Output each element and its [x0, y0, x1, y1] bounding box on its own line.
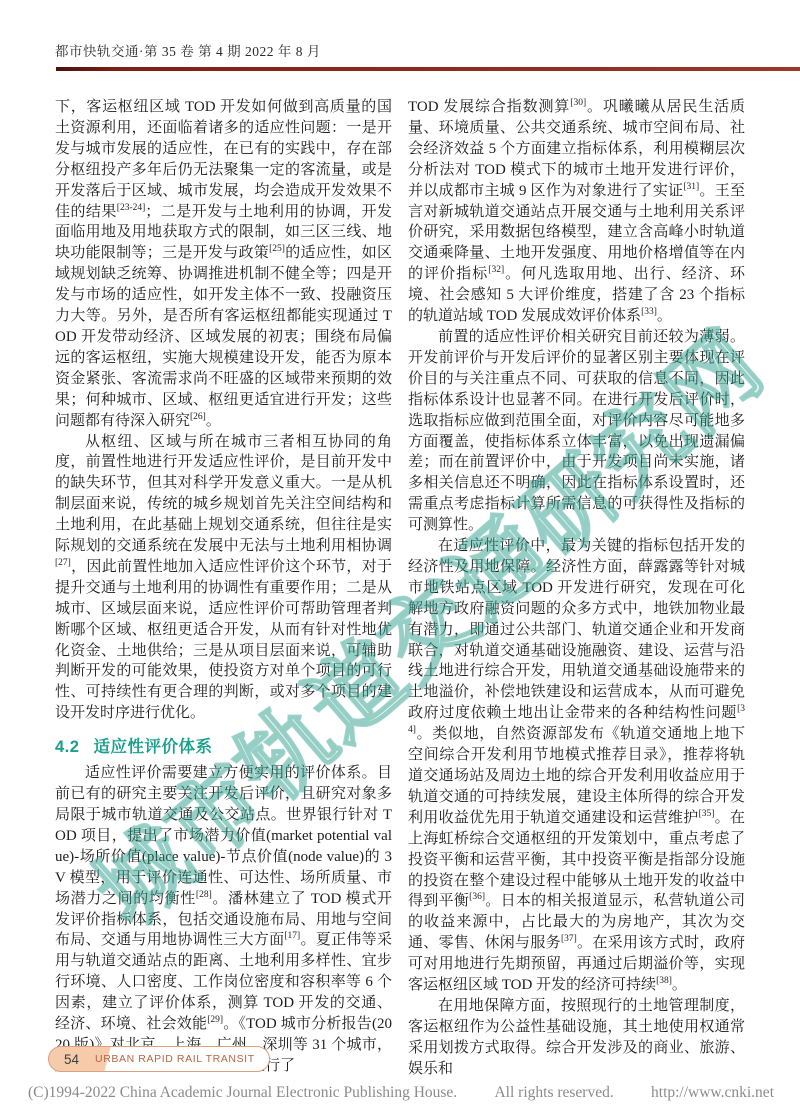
rights-reserved-text: All rights reserved. — [494, 1084, 613, 1102]
page-number: 54 — [49, 1052, 95, 1067]
body-paragraph: 前置的适应性评价相关研究目前还较为薄弱。开发前评价与开发后评价的显著区别主要体现… — [408, 327, 745, 536]
journal-header-line: 都市快轨交通·第 35 卷 第 4 期 2022 年 8 月 — [55, 40, 321, 60]
body-paragraph: 下，客运枢纽区域 TOD 开发如何做到高质量的国土资源利用，还面临着诸多的适应性… — [55, 97, 392, 432]
cnki-url-link[interactable]: http://www.cnki.net — [651, 1084, 774, 1102]
body-paragraph: 在适应性评价中，最为关键的指标包括开发的经济性及用地保障。经济性方面，薛露露等针… — [408, 536, 745, 996]
copyright-bar: (C)1994-2022 China Academic Journal Elec… — [28, 1084, 774, 1102]
body-paragraph: 适应性评价需要建立方便实用的评价体系。目前已有的研究主要关注开发后评价，且研究对… — [55, 763, 392, 1077]
body-paragraph: 在用地保障方面，按照现行的土地管理制度，客运枢纽作为公益性基础设施，其土地使用权… — [408, 996, 745, 1080]
section-heading: 4.2适应性评价体系 — [55, 733, 392, 757]
left-column: 下，客运枢纽区域 TOD 开发如何做到高质量的国土资源利用，还面临着诸多的适应性… — [55, 97, 392, 1080]
body-paragraph: TOD 发展综合指数测算[30]。巩曦曦从居民生活质量、环境质量、公共交通系统、… — [408, 97, 745, 327]
header-rule — [56, 67, 800, 71]
copyright-text: (C)1994-2022 China Academic Journal Elec… — [28, 1084, 457, 1102]
page-number-badge: 54 URBAN RAPID RAIL TRANSIT — [48, 1046, 270, 1072]
article-body: 下，客运枢纽区域 TOD 开发如何做到高质量的国土资源利用，还面临着诸多的适应性… — [55, 97, 745, 1080]
body-paragraph: 从枢纽、区域与所在城市三者相互协同的角度，前置性地进行开发适应性评价，是目前开发… — [55, 432, 392, 725]
journal-name-english: URBAN RAPID RAIL TRANSIT — [95, 1053, 255, 1065]
journal-page: 都市快轨交通·第 35 卷 第 4 期 2022 年 8 月 下，客运枢纽区域 … — [0, 0, 800, 1116]
right-column: TOD 发展综合指数测算[30]。巩曦曦从居民生活质量、环境质量、公共交通系统、… — [408, 97, 745, 1080]
